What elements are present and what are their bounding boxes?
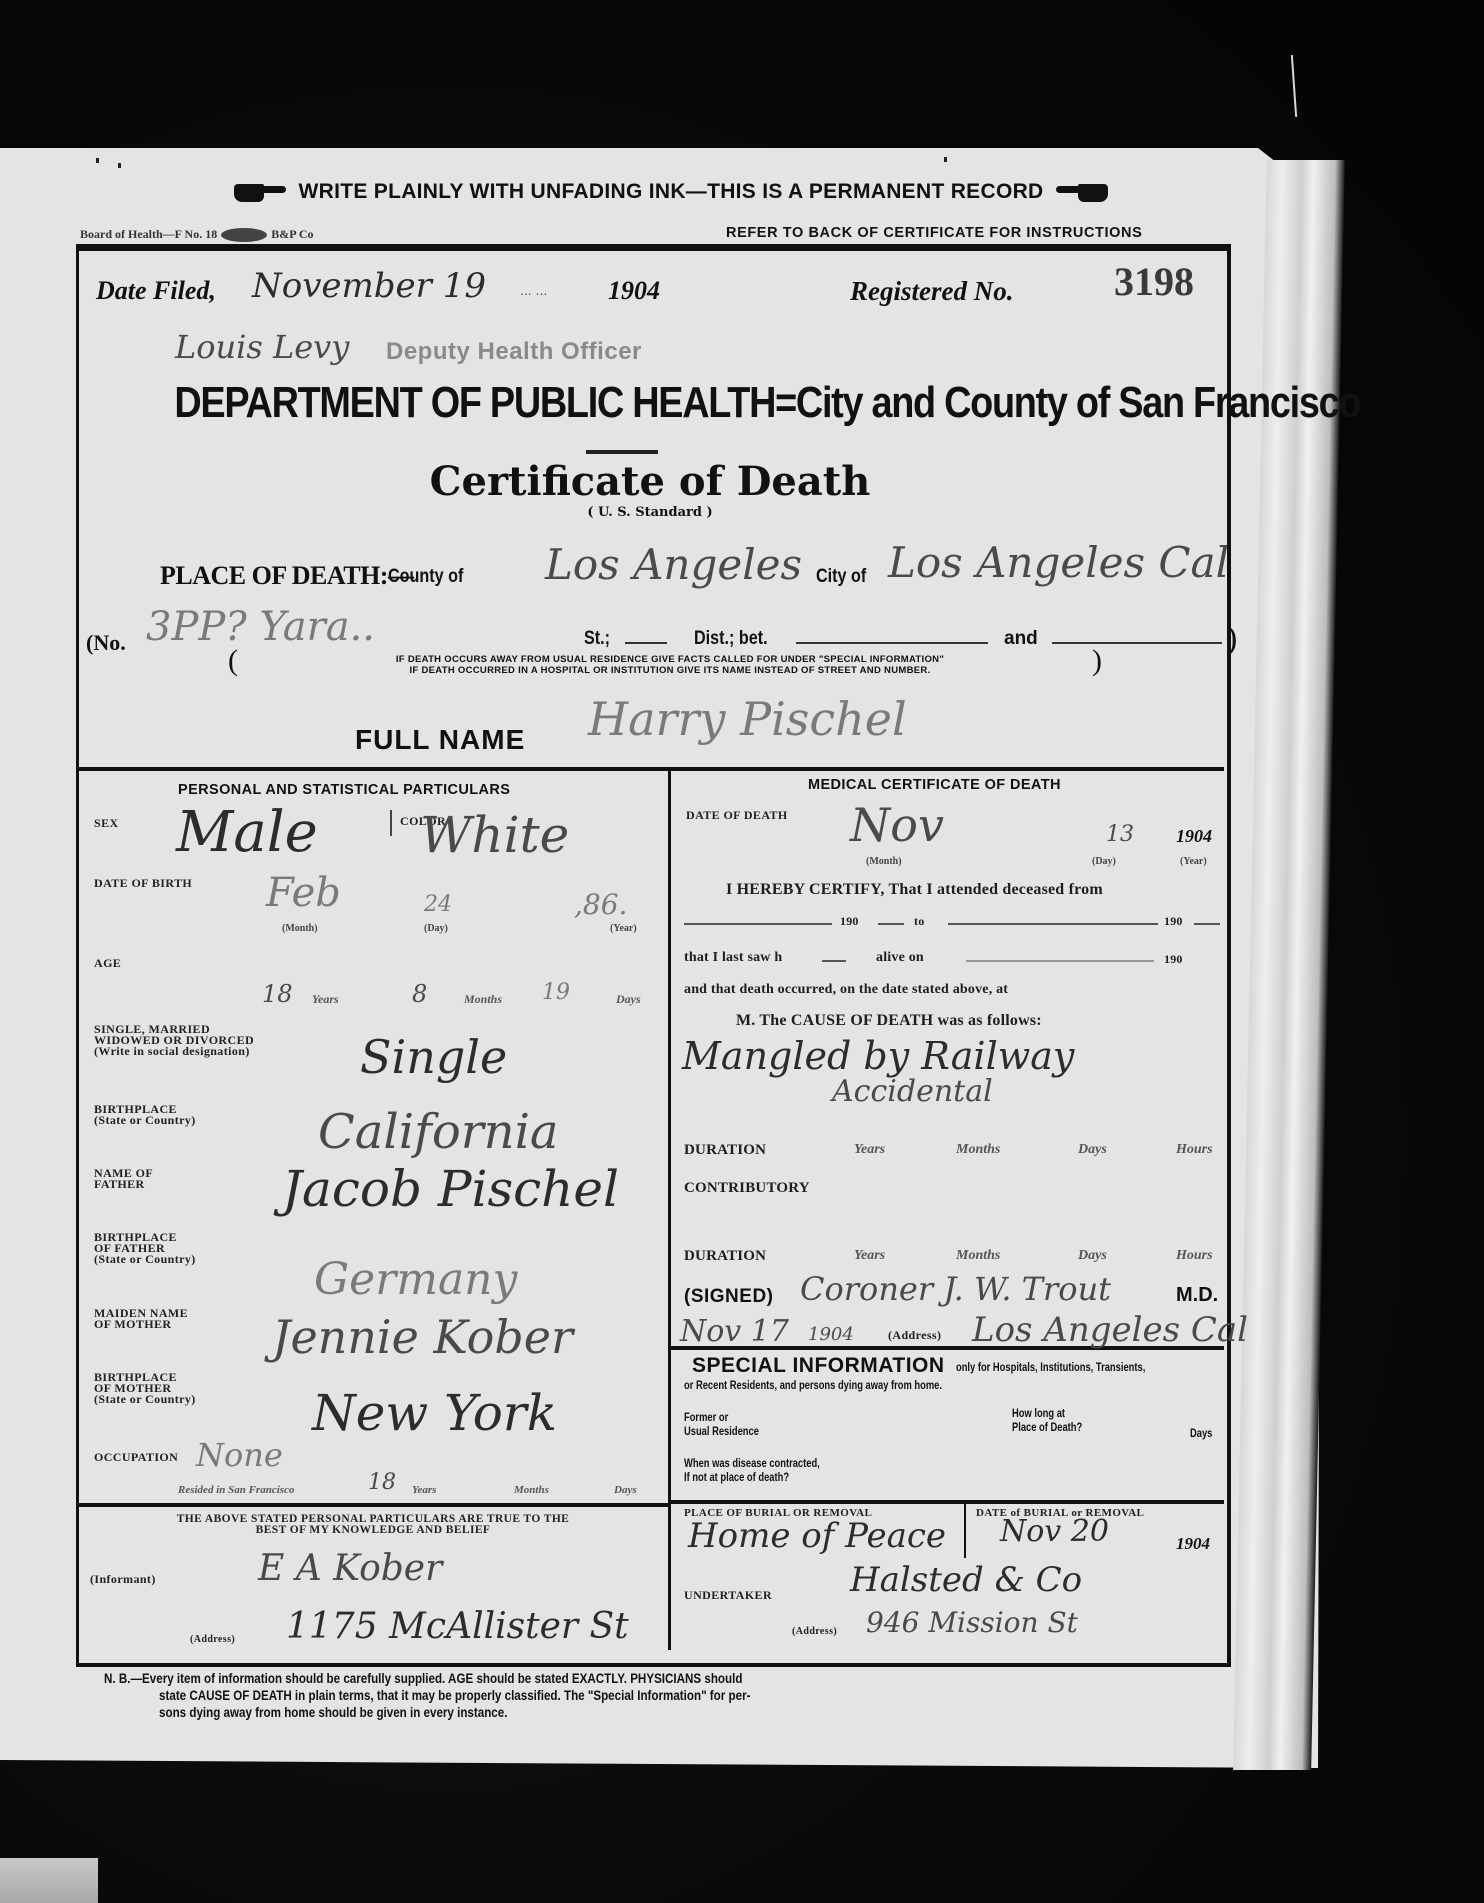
duration-months-unit-1: Months <box>956 1142 1000 1158</box>
death-year-unit: (Year) <box>1180 856 1207 867</box>
section-rule-burial <box>670 1500 1224 1504</box>
from-dash <box>878 923 904 925</box>
year-stub-1: 190 <box>840 914 859 929</box>
alive-on-blank <box>966 960 1154 962</box>
date-filed-label: Date Filed, <box>96 276 216 306</box>
street-blank-line <box>625 642 667 644</box>
duration-months-unit-2: Months <box>956 1248 1000 1264</box>
former-residence-line-1: Former or <box>684 1410 759 1424</box>
special-information-title: SPECIAL INFORMATION <box>692 1354 945 1378</box>
banner-text: WRITE PLAINLY WITH UNFADING INK—THIS IS … <box>298 180 1043 204</box>
deputy-health-officer-stamp: Deputy Health Officer <box>386 338 642 366</box>
days-label: Days <box>1190 1426 1212 1440</box>
age-months-value: 8 <box>412 980 427 1008</box>
mother-birthplace-label: BIRTHPLACE OF MOTHER (State or Country) <box>94 1372 196 1405</box>
mother-birthplace-value: New York <box>312 1384 557 1442</box>
cause-of-death-line-2: Accidental <box>832 1074 993 1109</box>
undertaker-label: UNDERTAKER <box>684 1590 772 1601</box>
medical-certificate-heading: MEDICAL CERTIFICATE OF DEATH <box>808 777 1061 793</box>
close-paren: ) <box>1226 620 1237 658</box>
underlying-sheet-corner <box>0 1858 98 1903</box>
death-month-value: Nov <box>850 798 944 852</box>
age-years-unit: Years <box>312 992 339 1007</box>
street-label: St.; <box>584 628 610 650</box>
resided-in-sf-label: Resided in San Francisco <box>178 1484 294 1496</box>
district-blank-line <box>796 642 988 644</box>
last-saw-blank <box>822 960 846 962</box>
cause-of-death-intro: M. The CAUSE OF DEATH was as follows: <box>736 1012 1042 1030</box>
last-saw-text: that I last saw h <box>684 950 782 966</box>
father-birthplace-line-3: (State or Country) <box>94 1254 196 1265</box>
us-standard-subtitle: ( U. S. Standard ) <box>380 505 920 520</box>
date-filed-year: 1904 <box>608 276 660 306</box>
permanent-record-banner: WRITE PLAINLY WITH UNFADING INK—THIS IS … <box>136 178 1206 206</box>
pointing-hand-icon <box>1054 181 1112 203</box>
mother-birthplace-line-3: (State or Country) <box>94 1394 196 1405</box>
section-rule-informant <box>78 1503 670 1507</box>
how-long-line-2: Place of Death? <box>1012 1420 1082 1434</box>
death-occurred-text: and that death occurred, on the date sta… <box>684 982 1008 998</box>
attended-from-line <box>684 923 832 925</box>
birthplace-value: California <box>318 1104 559 1160</box>
duration-years-unit-2: Years <box>854 1248 885 1264</box>
full-name-label: FULL NAME <box>355 724 525 756</box>
mother-label-line-2: OF MOTHER <box>94 1319 188 1330</box>
certificate-title: Certificate of Death <box>380 458 920 505</box>
special-information-note-1: only for Hospitals, Institutions, Transi… <box>956 1360 1145 1374</box>
undertaker-address-value: 946 Mission St <box>866 1606 1078 1639</box>
informant-statement: THE ABOVE STATED PERSONAL PARTICULARS AR… <box>90 1514 656 1536</box>
date-of-death-label: DATE OF DEATH <box>686 810 788 821</box>
residence-instructions: IF DEATH OCCURS AWAY FROM USUAL RESIDENC… <box>240 654 1100 676</box>
duration-label-2: DURATION <box>684 1248 766 1265</box>
age-days-unit: Days <box>616 992 641 1007</box>
form-code-text: Board of Health—F No. 18 <box>80 227 217 242</box>
disease-contracted-line-2: If not at place of death? <box>684 1470 820 1484</box>
to-label: to <box>914 914 924 929</box>
dob-year-value: ,86. <box>574 888 627 921</box>
md-label: M.D. <box>1176 1284 1218 1307</box>
marital-label-line-3: (Write in social designation) <box>94 1046 254 1057</box>
how-long-line-1: How long at <box>1012 1406 1082 1420</box>
resided-years-value: 18 <box>368 1470 396 1495</box>
footnote-line-1: N. B.—Every item of information should b… <box>104 1670 1016 1687</box>
undertaker-value: Halsted & Co <box>850 1560 1082 1600</box>
personal-particulars-heading: PERSONAL AND STATISTICAL PARTICULARS <box>178 782 510 798</box>
dob-month-unit: (Month) <box>282 923 318 934</box>
marital-status-value: Single <box>360 1030 507 1084</box>
duration-hours-unit-1: Hours <box>1176 1142 1213 1158</box>
signed-date-value: Nov 17 <box>680 1314 789 1349</box>
alive-on-text: alive on <box>876 950 924 966</box>
signed-year-value: 1904 <box>808 1324 854 1345</box>
dob-day-value: 24 <box>424 892 452 917</box>
form-code: Board of Health—F No. 18 B&P Co <box>80 227 314 242</box>
birthplace-label-line-2: (State or Country) <box>94 1115 196 1126</box>
footnote-line-2: state CAUSE OF DEATH in plain terms, tha… <box>104 1687 1016 1704</box>
place-of-death-label: PLACE OF DEATH:— <box>160 561 413 591</box>
father-name-label: NAME OF FATHER <box>94 1168 153 1190</box>
paper-speck <box>944 157 947 162</box>
former-residence-line-2: Usual Residence <box>684 1424 759 1438</box>
physician-address-label: (Address) <box>888 1330 941 1341</box>
color-value: White <box>420 806 569 864</box>
burial-date-year: 1904 <box>1176 1534 1210 1554</box>
column-divider <box>668 770 671 1650</box>
father-birthplace-label: BIRTHPLACE OF FATHER (State or Country) <box>94 1232 196 1265</box>
father-label-line-2: FATHER <box>94 1179 153 1190</box>
title-rule <box>586 450 658 454</box>
sex-label: SEX <box>94 818 119 829</box>
father-birthplace-value: Germany <box>314 1254 517 1305</box>
undertaker-address-label: (Address) <box>792 1626 837 1637</box>
pointing-hand-icon <box>230 181 288 203</box>
disease-contracted-line-1: When was disease contracted, <box>684 1456 820 1470</box>
year-stub-2: 190 <box>1164 914 1183 929</box>
date-of-birth-label: DATE OF BIRTH <box>94 878 192 889</box>
union-label-seal-icon <box>221 228 267 242</box>
informant-label: (Informant) <box>90 1574 156 1585</box>
special-information-note-2: or Recent Residents, and persons dying a… <box>684 1378 942 1392</box>
disease-contracted-label: When was disease contracted, If not at p… <box>684 1456 820 1484</box>
mother-maiden-name-label: MAIDEN NAME OF MOTHER <box>94 1308 188 1330</box>
district-label: Dist.; bet. <box>694 628 768 650</box>
duration-label-1: DURATION <box>684 1142 766 1159</box>
and-blank-line <box>1052 642 1222 644</box>
paper-speck <box>118 163 121 168</box>
informant-statement-line-2: BEST OF MY KNOWLEDGE AND BELIEF <box>90 1525 656 1536</box>
dob-day-unit: (Day) <box>424 923 448 934</box>
city-label: City of <box>816 566 866 588</box>
duration-days-unit-2: Days <box>1078 1248 1107 1264</box>
city-value: Los Angeles Cal <box>888 538 1229 587</box>
sex-value: Male <box>176 800 318 865</box>
dob-year-unit: (Year) <box>610 923 637 934</box>
informant-address-value: 1175 McAllister St <box>286 1606 629 1647</box>
nota-bene-footnote: N. B.—Every item of information should b… <box>104 1670 1164 1721</box>
street-number-label: (No. <box>86 630 126 656</box>
residence-note-line-1: IF DEATH OCCURS AWAY FROM USUAL RESIDENC… <box>240 654 1100 665</box>
attended-to-line <box>948 923 1158 925</box>
refer-back-instructions: REFER TO BACK OF CERTIFICATE FOR INSTRUC… <box>726 225 1142 241</box>
birthplace-label: BIRTHPLACE (State or Country) <box>94 1104 196 1126</box>
to-dash <box>1194 923 1220 925</box>
duration-hours-unit-2: Hours <box>1176 1248 1213 1264</box>
how-long-label: How long at Place of Death? <box>1012 1406 1082 1434</box>
death-day-value: 13 <box>1106 822 1134 847</box>
paper-speck <box>96 158 99 163</box>
informant-value: E A Kober <box>258 1548 442 1589</box>
death-month-unit: (Month) <box>866 856 902 867</box>
burial-divider <box>964 1502 966 1558</box>
death-day-unit: (Day) <box>1092 856 1116 867</box>
residence-note-line-2: IF DEATH OCCURRED IN A HOSPITAL OR INSTI… <box>240 665 1100 676</box>
father-name-value: Jacob Pischel <box>282 1160 619 1218</box>
registered-number-value: 3198 <box>1114 258 1194 305</box>
signed-label: (SIGNED) <box>684 1286 774 1308</box>
death-year-value: 1904 <box>1176 826 1212 847</box>
date-filed-value: November 19 <box>252 266 486 306</box>
full-name-value: Harry Pischel <box>588 692 907 746</box>
informant-address-label: (Address) <box>190 1634 235 1645</box>
resided-days-unit: Days <box>614 1484 637 1496</box>
former-residence-label: Former or Usual Residence <box>684 1410 759 1438</box>
deputy-health-officer-signature: Louis Levy <box>175 328 349 366</box>
burial-date-value: Nov 20 <box>1000 1514 1109 1549</box>
mother-maiden-name-value: Jennie Kober <box>272 1310 573 1364</box>
hereby-certify-text: I HEREBY CERTIFY, That I attended deceas… <box>726 881 1103 899</box>
street-number-value: 3PP? Yara.. <box>146 604 375 650</box>
date-filed-separator: ... ... <box>520 282 547 298</box>
department-title: DEPARTMENT OF PUBLIC HEALTH=City and Cou… <box>174 378 1137 428</box>
county-label: County of <box>388 566 463 588</box>
occupation-label: OCCUPATION <box>94 1452 178 1463</box>
section-rule-top <box>78 767 1224 771</box>
duration-years-unit-1: Years <box>854 1142 885 1158</box>
footnote-line-3: sons dying away from home should be give… <box>104 1704 1016 1721</box>
county-value: Los Angeles <box>545 540 802 589</box>
note-open-paren: ( <box>228 644 238 678</box>
color-tick <box>390 810 392 836</box>
age-days-value: 19 <box>542 980 570 1005</box>
signed-value: Coroner J. W. Trout <box>800 1270 1111 1308</box>
age-months-unit: Months <box>464 992 502 1007</box>
burial-place-value: Home of Peace <box>688 1516 946 1556</box>
age-years-value: 18 <box>262 980 293 1008</box>
year-stub-3: 190 <box>1164 952 1183 967</box>
duration-days-unit-1: Days <box>1078 1142 1107 1158</box>
cause-of-death-line-1: Mangled by Railway <box>682 1034 1074 1078</box>
resided-years-unit: Years <box>412 1484 436 1496</box>
and-label: and <box>1004 628 1038 650</box>
age-label: AGE <box>94 958 121 969</box>
contributory-label: CONTRIBUTORY <box>684 1180 810 1197</box>
resided-months-unit: Months <box>514 1484 549 1496</box>
printer-mark: B&P Co <box>271 227 313 242</box>
registered-number-label: Registered No. <box>850 276 1013 307</box>
physician-address-value: Los Angeles Cal <box>972 1310 1248 1350</box>
marital-status-label: SINGLE, MARRIED WIDOWED OR DIVORCED (Wri… <box>94 1024 254 1057</box>
occupation-value: None <box>196 1436 283 1474</box>
dob-month-value: Feb <box>266 870 341 916</box>
